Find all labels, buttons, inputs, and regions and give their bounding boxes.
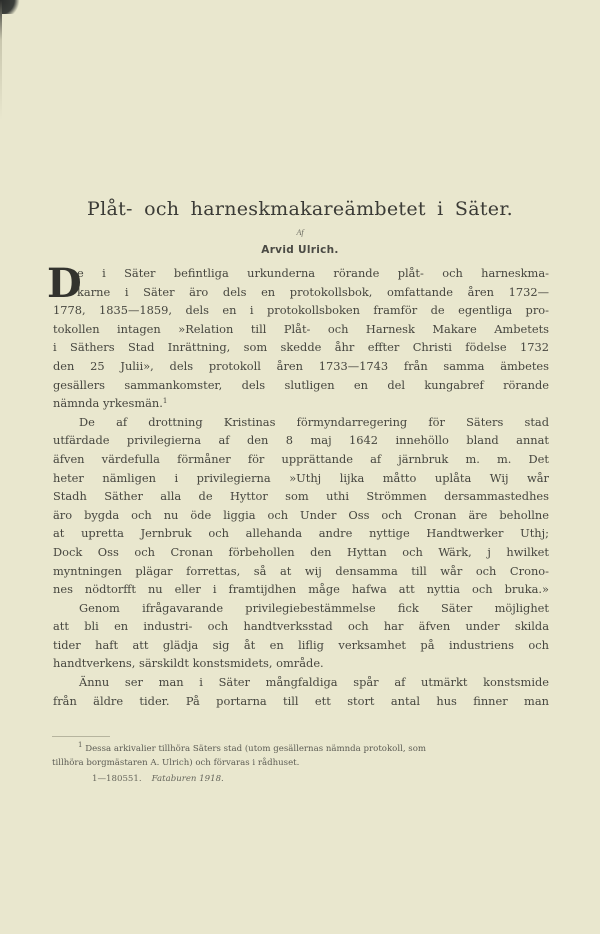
body-line: e i Säter befintliga urkunderna rörande … [53, 264, 549, 283]
body-line: at upretta Jernbruk och allehanda andre … [53, 524, 549, 543]
article-title: Plåt- och harneskmakareämbetet i Säter. [0, 198, 600, 220]
body-line: karne i Säter äro dels en protokollsbok,… [53, 283, 549, 302]
body-line: nes nödtorfft nu eller i framtijdhen måg… [53, 580, 549, 599]
byline-prefix: Af [0, 228, 600, 237]
body-line: att bli en industri- och handtverksstad … [53, 617, 549, 636]
publication-name: Fataburen 1918. [152, 774, 224, 784]
footnote-reference[interactable]: 1 [163, 397, 167, 405]
footnote: 1 Dessa arkivalier tillhöra Säters stad … [52, 742, 492, 770]
body-line: Ännu ser man i Säter mångfaldiga spår af… [53, 673, 549, 692]
body-line: tider haft att glädja sig åt en liflig v… [53, 636, 549, 655]
body-line: handtverkens, särskildt konstsmidets, om… [53, 654, 549, 673]
body-line: i Säthers Stad Inrättning, som skedde åh… [53, 338, 549, 357]
article-body: D e i Säter befintliga urkunderna rörand… [53, 264, 549, 710]
footnote-divider [52, 736, 110, 737]
drop-cap: D [47, 266, 82, 302]
body-line: myntningen plägar forrettas, så at wij d… [53, 562, 549, 581]
body-line: äro bygda och nu öde liggia och Under Os… [53, 506, 549, 525]
footnote-line: tillhöra borgmästaren A. Ulrich) och för… [52, 756, 492, 770]
body-line: äfven värdefulla förmåner för upprättand… [53, 450, 549, 469]
author-name: Arvid Ulrich. [0, 244, 600, 256]
body-line: Stadh Säther alla de Hyttor som uthi Str… [53, 487, 549, 506]
body-line-with-footnote: nämnda yrkesmän.1 [53, 394, 549, 413]
scan-corner-shadow [0, 0, 22, 14]
body-line-text: nämnda yrkesmän. [53, 396, 163, 410]
body-line: gesällers sammankomster, dels slutligen … [53, 376, 549, 395]
body-line: Dock Oss och Cronan förbehollen den Hytt… [53, 543, 549, 562]
scan-left-edge [0, 0, 2, 934]
body-line: Genom ifrågavarande privilegiebestämmels… [53, 599, 549, 618]
body-line: De af drottning Kristinas förmyndarreger… [53, 413, 549, 432]
footnote-text: Dessa arkivalier tillhöra Säters stad (u… [85, 744, 426, 754]
body-line: heter nämligen i privilegierna »Uthj lij… [53, 469, 549, 488]
sheet-number: 1—180551. [92, 774, 142, 784]
body-line: 1778, 1835—1859, dels en i protokollsbok… [53, 301, 549, 320]
body-line: utfärdade privilegierna af den 8 maj 164… [53, 431, 549, 450]
footnote-marker: 1 [78, 741, 82, 749]
sheet-signature: 1—180551.Fataburen 1918. [92, 774, 224, 784]
body-line: tokollen intagen »Relation till Plåt- oc… [53, 320, 549, 339]
footnote-line: 1 Dessa arkivalier tillhöra Säters stad … [52, 742, 492, 756]
body-line: den 25 Julii», dels protokoll åren 1733—… [53, 357, 549, 376]
body-line: från äldre tider. På portarna till ett s… [53, 692, 549, 711]
